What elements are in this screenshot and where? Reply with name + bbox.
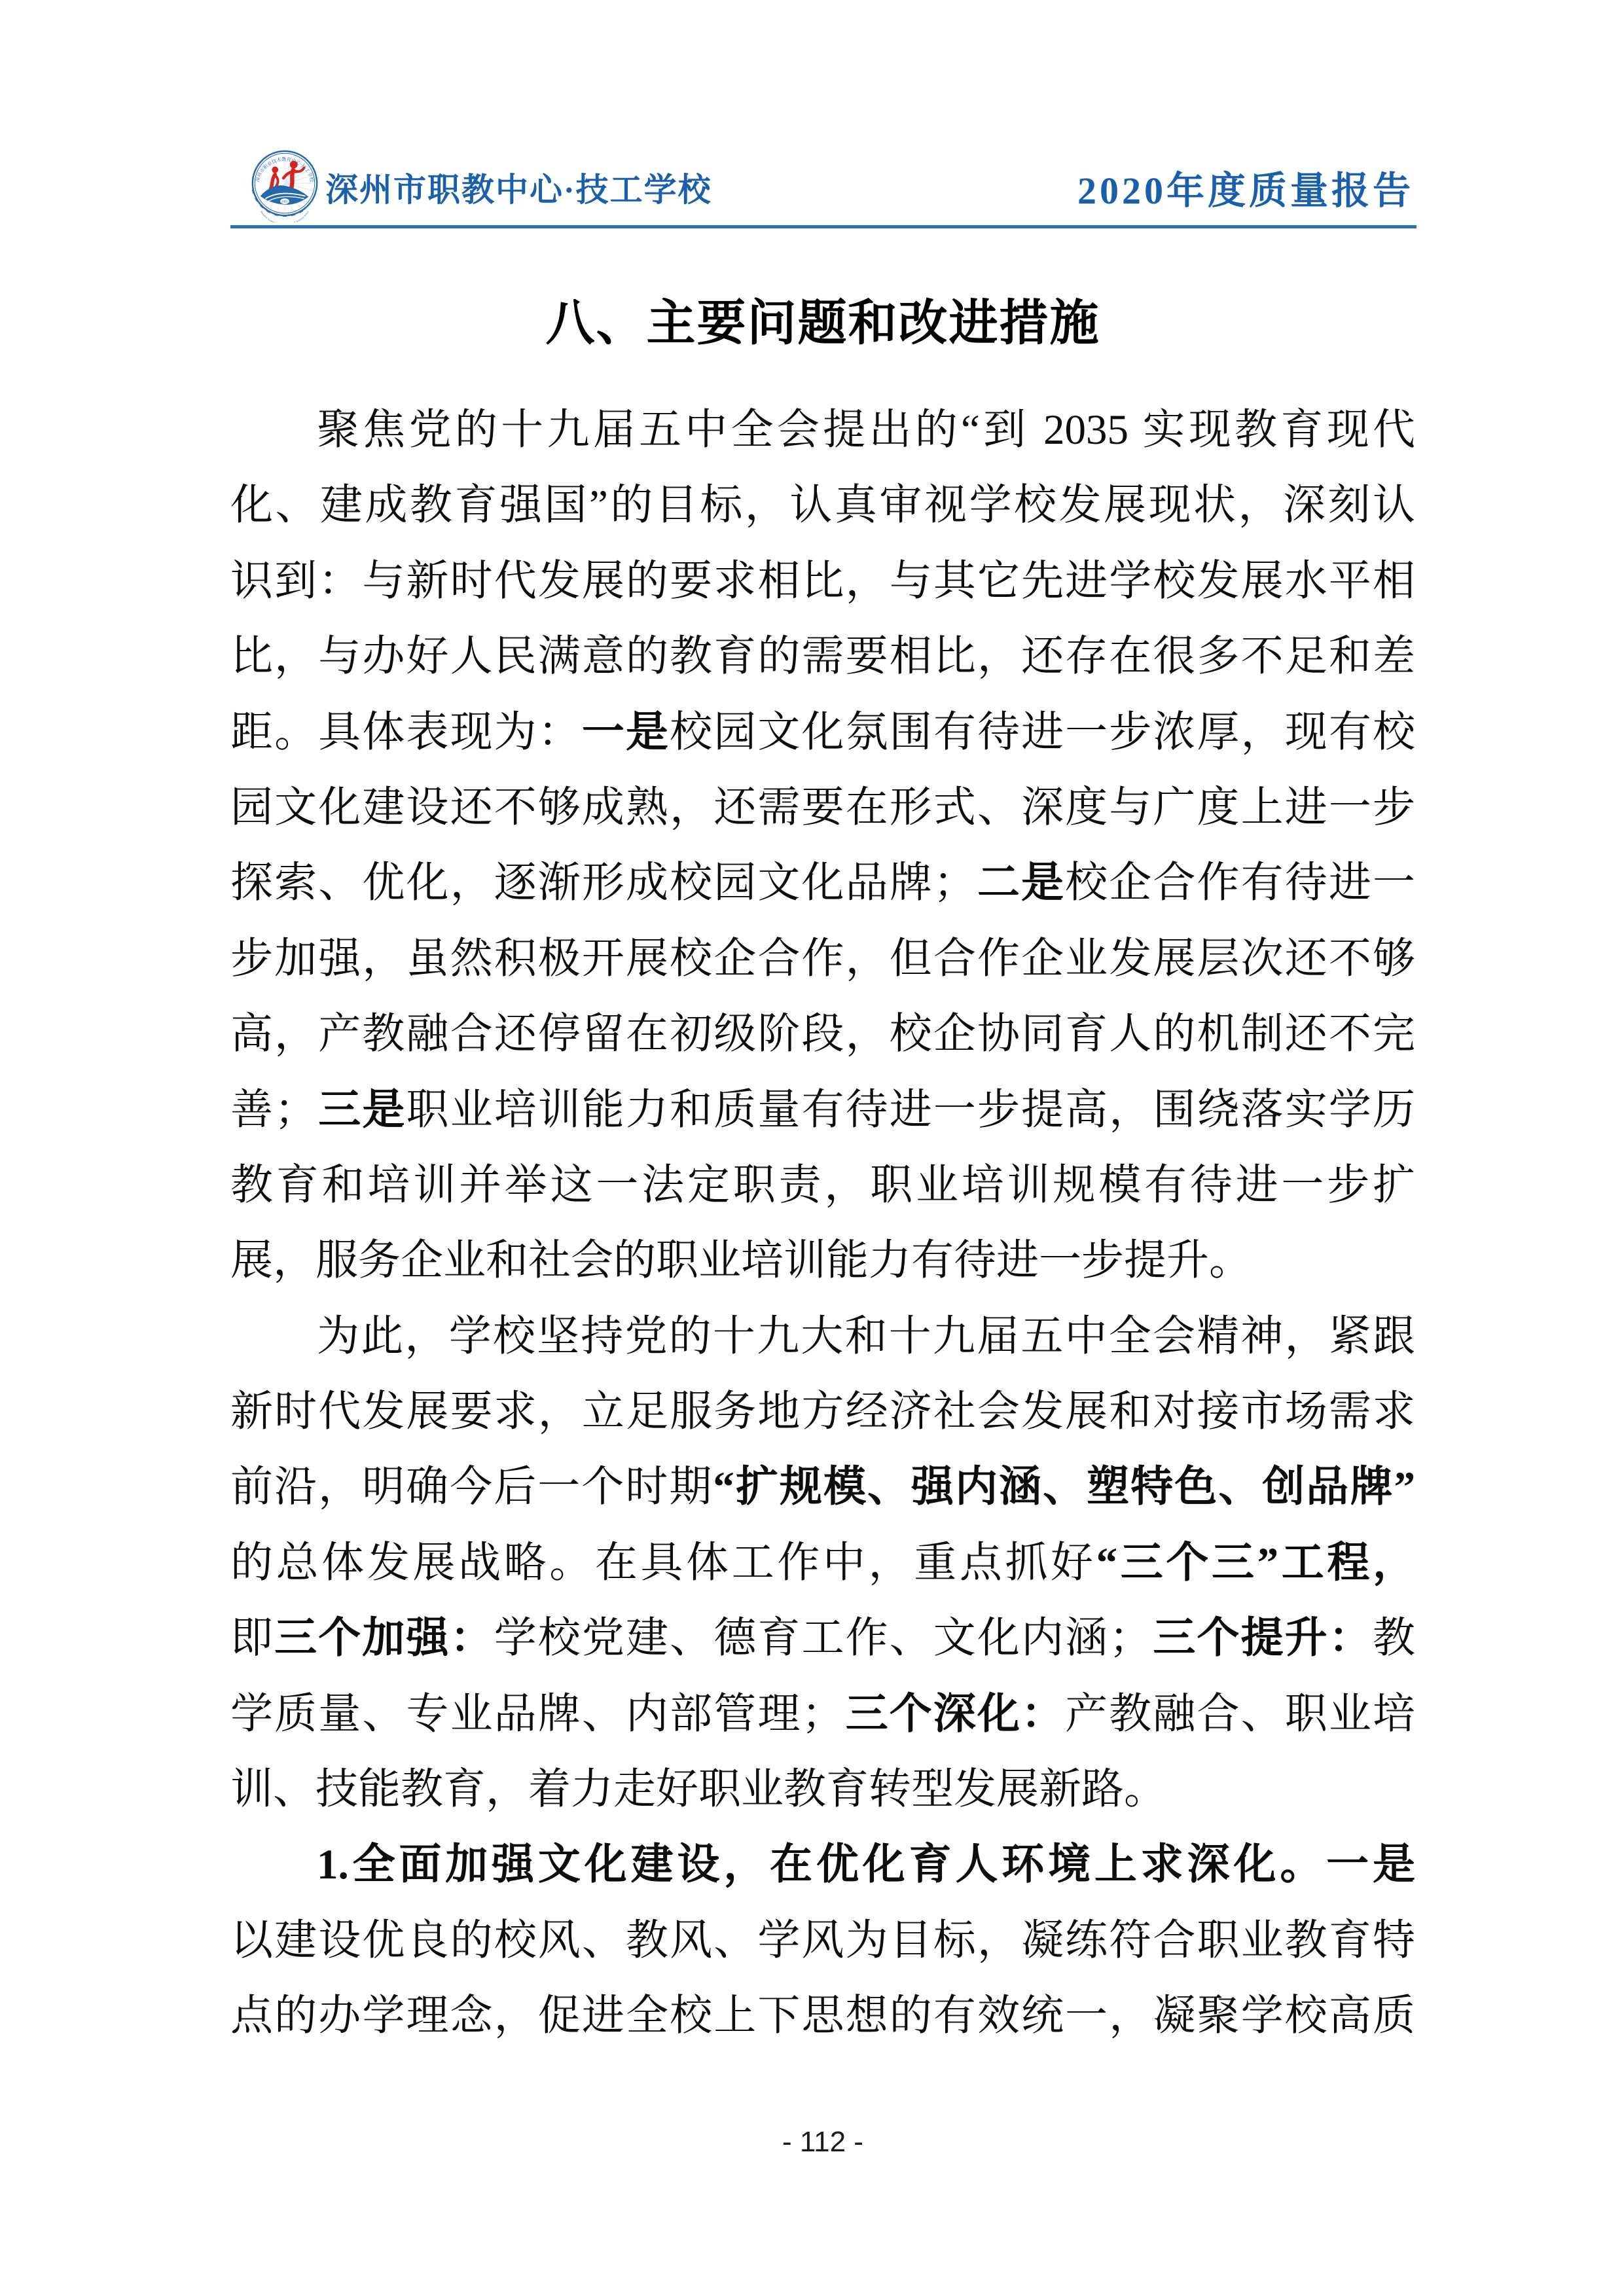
text-line: 教育和培训并举这一法定职责，职业培训规模有待进一步扩 — [230, 1148, 1415, 1223]
header-divider — [230, 225, 1416, 228]
text-run: 产教融合、职业培 — [1065, 1691, 1415, 1738]
page-number: - 112 - — [782, 2126, 863, 2158]
text-line: 园文化建设还不够成熟，还需要在形式、深度与广度上进一步 — [230, 770, 1415, 846]
section-title: 八、主要问题和改进措施 — [230, 284, 1415, 354]
text-line: 即三个加强：学校党建、德育工作、文化内涵；三个提升：教 — [230, 1601, 1415, 1676]
text-run: 校园文化氛围有待进一步浓厚，现有校 — [670, 709, 1415, 756]
text-run: 教育和培训并举这一法定职责，职业培训规模有待进一步扩 — [230, 1162, 1415, 1209]
text-run: 职业培训能力和质量有待进一步提高，围绕落实学历 — [406, 1086, 1415, 1134]
text-run: 步加强，虽然积极开展校企合作，但合作企业发展层次还不够 — [230, 935, 1415, 982]
bold-text-run: 三是 — [317, 1086, 406, 1134]
text-run: 教 — [1373, 1615, 1415, 1662]
bold-text-run: “三个三”工程， — [1096, 1539, 1415, 1587]
text-line: 探索、优化，逐渐形成校园文化品牌；二是校企合作有待进一 — [230, 846, 1415, 921]
text-run: 高，产教融合还停留在初级阶段，校企协同育人的机制还不完 — [230, 1011, 1415, 1058]
page-footer: - 112 - — [230, 2126, 1415, 2159]
bold-text-run: 三个加强： — [274, 1615, 494, 1662]
text-run: 园文化建设还不够成熟，还需要在形式、深度与广度上进一步 — [230, 784, 1415, 831]
text-run: 为此，学校坚持党的十九大和十九届五中全会精神，紧跟 — [317, 1313, 1415, 1360]
text-line: 展，服务企业和社会的职业培训能力有待进一步提升。 — [230, 1223, 1415, 1299]
text-run: 的总体发展战略。在具体工作中，重点抓好 — [230, 1539, 1096, 1587]
text-line: 的总体发展战略。在具体工作中，重点抓好“三个三”工程， — [230, 1526, 1415, 1601]
text-line: 比，与办好人民满意的教育的需要相比，还存在很多不足和差 — [230, 619, 1415, 694]
logo-year-text: 2001 — [281, 201, 288, 204]
text-run: 展，服务企业和社会的职业培训能力有待进一步提升。 — [230, 1237, 1252, 1284]
text-line: 以建设优良的校风、教风、学风为目标，凝练符合职业教育特 — [230, 1903, 1415, 1979]
text-run: 前沿，明确今后一个时期 — [230, 1463, 713, 1511]
text-run: 点的办学理念，促进全校上下思想的有效统一，凝聚学校高质 — [230, 1992, 1415, 2039]
text-line: 识到：与新时代发展的要求相比，与其它先进学校发展水平相 — [230, 544, 1415, 619]
text-run: 以建设优良的校风、教风、学风为目标，凝练符合职业教育特 — [230, 1917, 1415, 1964]
bold-text-run: 二是 — [976, 859, 1065, 906]
text-run: 聚焦党的十九届五中全会提出的“到 2035 实现教育现代 — [317, 406, 1415, 454]
text-run: 善； — [230, 1086, 317, 1134]
body-text: 聚焦党的十九届五中全会提出的“到 2035 实现教育现代化、建成教育强国”的目标… — [230, 393, 1415, 2054]
text-line: 高，产教融合还停留在初级阶段，校企协同育人的机制还不完 — [230, 997, 1415, 1072]
bold-text-run: “扩规模、强内涵、塑特色、创品牌” — [713, 1463, 1415, 1511]
text-run: 新时代发展要求，立足服务地方经济社会发展和对接市场需求 — [230, 1388, 1415, 1435]
text-run: 距。具体表现为： — [230, 709, 582, 756]
bold-text-run: 一是 — [582, 709, 670, 756]
text-run: 即 — [230, 1615, 274, 1662]
text-line: 化、建成教育强国”的目标，认真审视学校发展现状，深刻认 — [230, 468, 1415, 543]
text-line: 1.全面加强文化建设，在优化育人环境上求深化。一是 — [230, 1827, 1415, 1903]
header-report-title: 2020年度质量报告 — [1077, 160, 1414, 215]
text-run: 学校党建、德育工作、文化内涵； — [494, 1615, 1152, 1662]
text-run: 校企合作有待进一 — [1065, 859, 1415, 906]
header-school-name: 深州市职教中心·技工学校 — [325, 164, 712, 211]
text-line: 距。具体表现为：一是校园文化氛围有待进一步浓厚，现有校 — [230, 695, 1415, 770]
text-line: 为此，学校坚持党的十九大和十九届五中全会精神，紧跟 — [230, 1299, 1415, 1374]
text-line: 学质量、专业品牌、内部管理；三个深化：产教融合、职业培 — [230, 1677, 1415, 1752]
bold-text-run: 三个提升： — [1151, 1615, 1373, 1662]
text-line: 聚焦党的十九届五中全会提出的“到 2035 实现教育现代 — [230, 393, 1415, 468]
text-line: 步加强，虽然积极开展校企合作，但合作企业发展层次还不够 — [230, 922, 1415, 997]
text-line: 新时代发展要求，立足服务地方经济社会发展和对接市场需求 — [230, 1374, 1415, 1450]
text-line: 训、技能教育，着力走好职业教育转型发展新路。 — [230, 1752, 1415, 1827]
text-line: 前沿，明确今后一个时期“扩规模、强内涵、塑特色、创品牌” — [230, 1450, 1415, 1525]
text-run: 比，与办好人民满意的教育的需要相比，还存在很多不足和差 — [230, 633, 1415, 680]
school-logo: 2001 深州市职业技术教育中心·技工学校 Shenzhou Vocationa… — [246, 144, 323, 223]
text-run: 识到：与新时代发展的要求相比，与其它先进学校发展水平相 — [230, 558, 1415, 605]
bold-text-run: 三个深化： — [844, 1691, 1065, 1738]
document-page: 2001 深州市职业技术教育中心·技工学校 Shenzhou Vocationa… — [0, 0, 1624, 2296]
text-line: 善；三是职业培训能力和质量有待进一步提高，围绕落实学历 — [230, 1073, 1415, 1148]
text-run: 探索、优化，逐渐形成校园文化品牌； — [230, 859, 976, 906]
text-run: 化、建成教育强国”的目标，认真审视学校发展现状，深刻认 — [230, 482, 1415, 529]
text-run: 训、技能教育，着力走好职业教育转型发展新路。 — [230, 1766, 1166, 1813]
bold-text-run: 1.全面加强文化建设，在优化育人环境上求深化。一是 — [317, 1841, 1415, 1888]
text-line: 点的办学理念，促进全校上下思想的有效统一，凝聚学校高质 — [230, 1979, 1415, 2054]
text-run: 学质量、专业品牌、内部管理； — [230, 1691, 844, 1738]
